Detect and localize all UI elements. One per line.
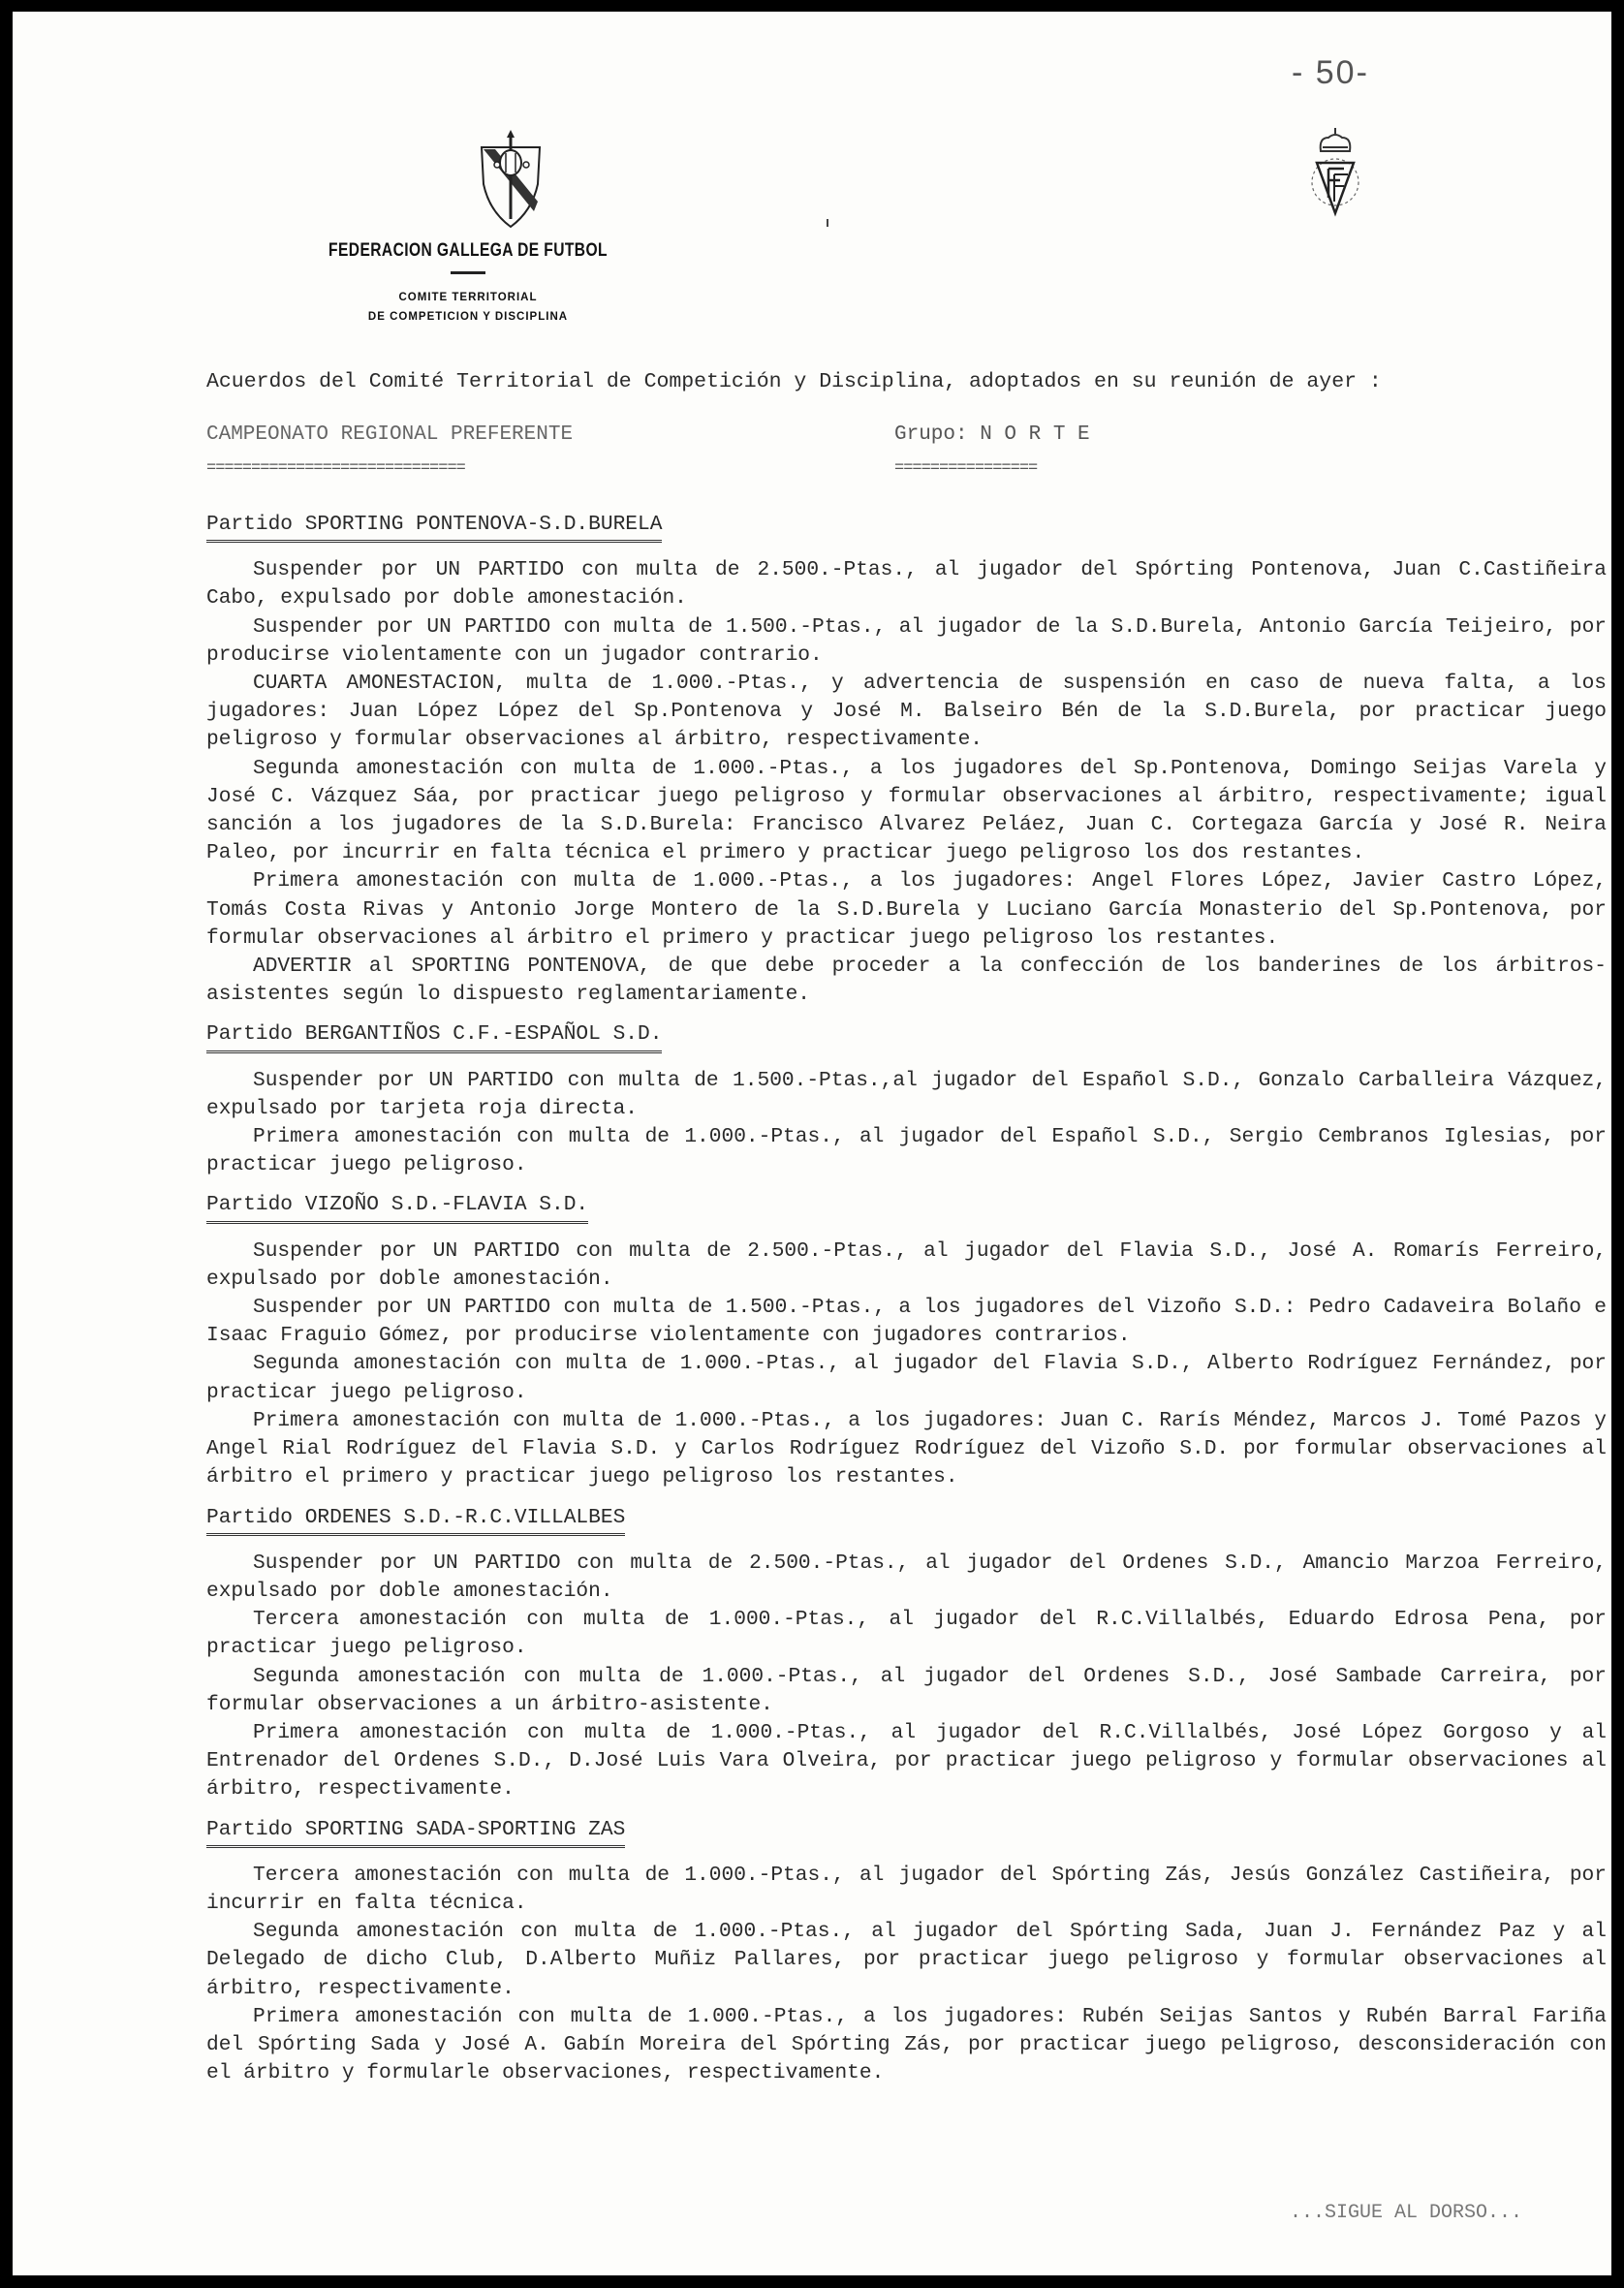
- page-number: - 50-: [1292, 54, 1369, 92]
- match-section: Partido BERGANTIÑOS C.F.-ESPAÑOL S.D. Su…: [206, 1020, 1607, 1179]
- match-section: Partido SPORTING PONTENOVA-S.D.BURELA Su…: [206, 511, 1607, 1009]
- ruling-paragraph: Primera amonestación con multa de 1.000.…: [206, 2003, 1607, 2088]
- rfef-crowned-crest-icon: [1305, 126, 1365, 219]
- match-title: Partido SPORTING PONTENOVA-S.D.BURELA: [206, 511, 662, 543]
- ruling-paragraph: Suspender por UN PARTIDO con multa de 2.…: [206, 1550, 1607, 1606]
- ruling-paragraph: Suspender por UN PARTIDO con multa de 1.…: [206, 613, 1607, 670]
- continued-overleaf-note: ...SIGUE AL DORSO...: [1290, 2202, 1522, 2224]
- committee-line-2: DE COMPETICION Y DISCIPLINA: [265, 307, 671, 327]
- group-label: Grupo: N O R T E: [894, 423, 1090, 446]
- ruling-paragraph: Primera amonestación con multa de 1.000.…: [206, 1719, 1607, 1804]
- organization-name: FEDERACION GALLEGA DE FUTBOL: [301, 240, 635, 262]
- ruling-paragraph: Segunda amonestación con multa de 1.000.…: [206, 1350, 1607, 1406]
- ruling-paragraph: Suspender por UN PARTIDO con multa de 1.…: [206, 1067, 1607, 1123]
- committee-line-1: COMITE TERRITORIAL: [265, 288, 671, 307]
- match-section: Partido VIZOÑO S.D.-FLAVIA S.D. Suspende…: [206, 1191, 1607, 1491]
- ruling-paragraph: Tercera amonestación con multa de 1.000.…: [206, 1606, 1607, 1662]
- group-underline: ================: [894, 459, 1037, 478]
- scanned-page: - 50- FEDERACION GALLEGA DE FUTBOL COMIT…: [13, 12, 1611, 2275]
- ruling-paragraph: CUARTA AMONESTACION, multa de 1.000.-Pta…: [206, 670, 1607, 755]
- letterhead-divider: [451, 271, 485, 274]
- ruling-paragraph: Suspender por UN PARTIDO con multa de 2.…: [206, 1238, 1607, 1294]
- championship-underline: =============================: [206, 459, 465, 478]
- ruling-paragraph: Suspender por UN PARTIDO con multa de 1.…: [206, 1294, 1607, 1350]
- ruling-paragraph: Segunda amonestación con multa de 1.000.…: [206, 1918, 1607, 2003]
- championship-name: CAMPEONATO REGIONAL PREFERENTE: [206, 423, 573, 446]
- letterhead: FEDERACION GALLEGA DE FUTBOL COMITE TERR…: [265, 240, 671, 327]
- match-section: Partido ORDENES S.D.-R.C.VILLALBES Suspe…: [206, 1504, 1607, 1804]
- rulings-body: Partido SPORTING PONTENOVA-S.D.BURELA Su…: [206, 511, 1607, 2099]
- ruling-paragraph: Segunda amonestación con multa de 1.000.…: [206, 755, 1607, 868]
- ruling-paragraph: Primera amonestación con multa de 1.000.…: [206, 1407, 1607, 1492]
- ruling-paragraph: Primera amonestación con multa de 1.000.…: [206, 867, 1607, 953]
- galician-federation-shield-icon: [476, 126, 546, 231]
- match-section: Partido SPORTING SADA-SPORTING ZAS Terce…: [206, 1816, 1607, 2088]
- ruling-paragraph: Primera amonestación con multa de 1.000.…: [206, 1123, 1607, 1179]
- match-title: Partido SPORTING SADA-SPORTING ZAS: [206, 1816, 625, 1848]
- match-title: Partido VIZOÑO S.D.-FLAVIA S.D.: [206, 1191, 588, 1223]
- ruling-paragraph: Suspender por UN PARTIDO con multa de 2.…: [206, 556, 1607, 612]
- match-title: Partido BERGANTIÑOS C.F.-ESPAÑOL S.D.: [206, 1020, 662, 1052]
- scan-speck: [827, 219, 828, 227]
- intro-statement: Acuerdos del Comité Territorial de Compe…: [206, 370, 1602, 393]
- ruling-paragraph: Tercera amonestación con multa de 1.000.…: [206, 1862, 1607, 1918]
- match-title: Partido ORDENES S.D.-R.C.VILLALBES: [206, 1504, 625, 1536]
- ruling-paragraph: Segunda amonestación con multa de 1.000.…: [206, 1663, 1607, 1719]
- ruling-paragraph: ADVERTIR al SPORTING PONTENOVA, de que d…: [206, 953, 1607, 1009]
